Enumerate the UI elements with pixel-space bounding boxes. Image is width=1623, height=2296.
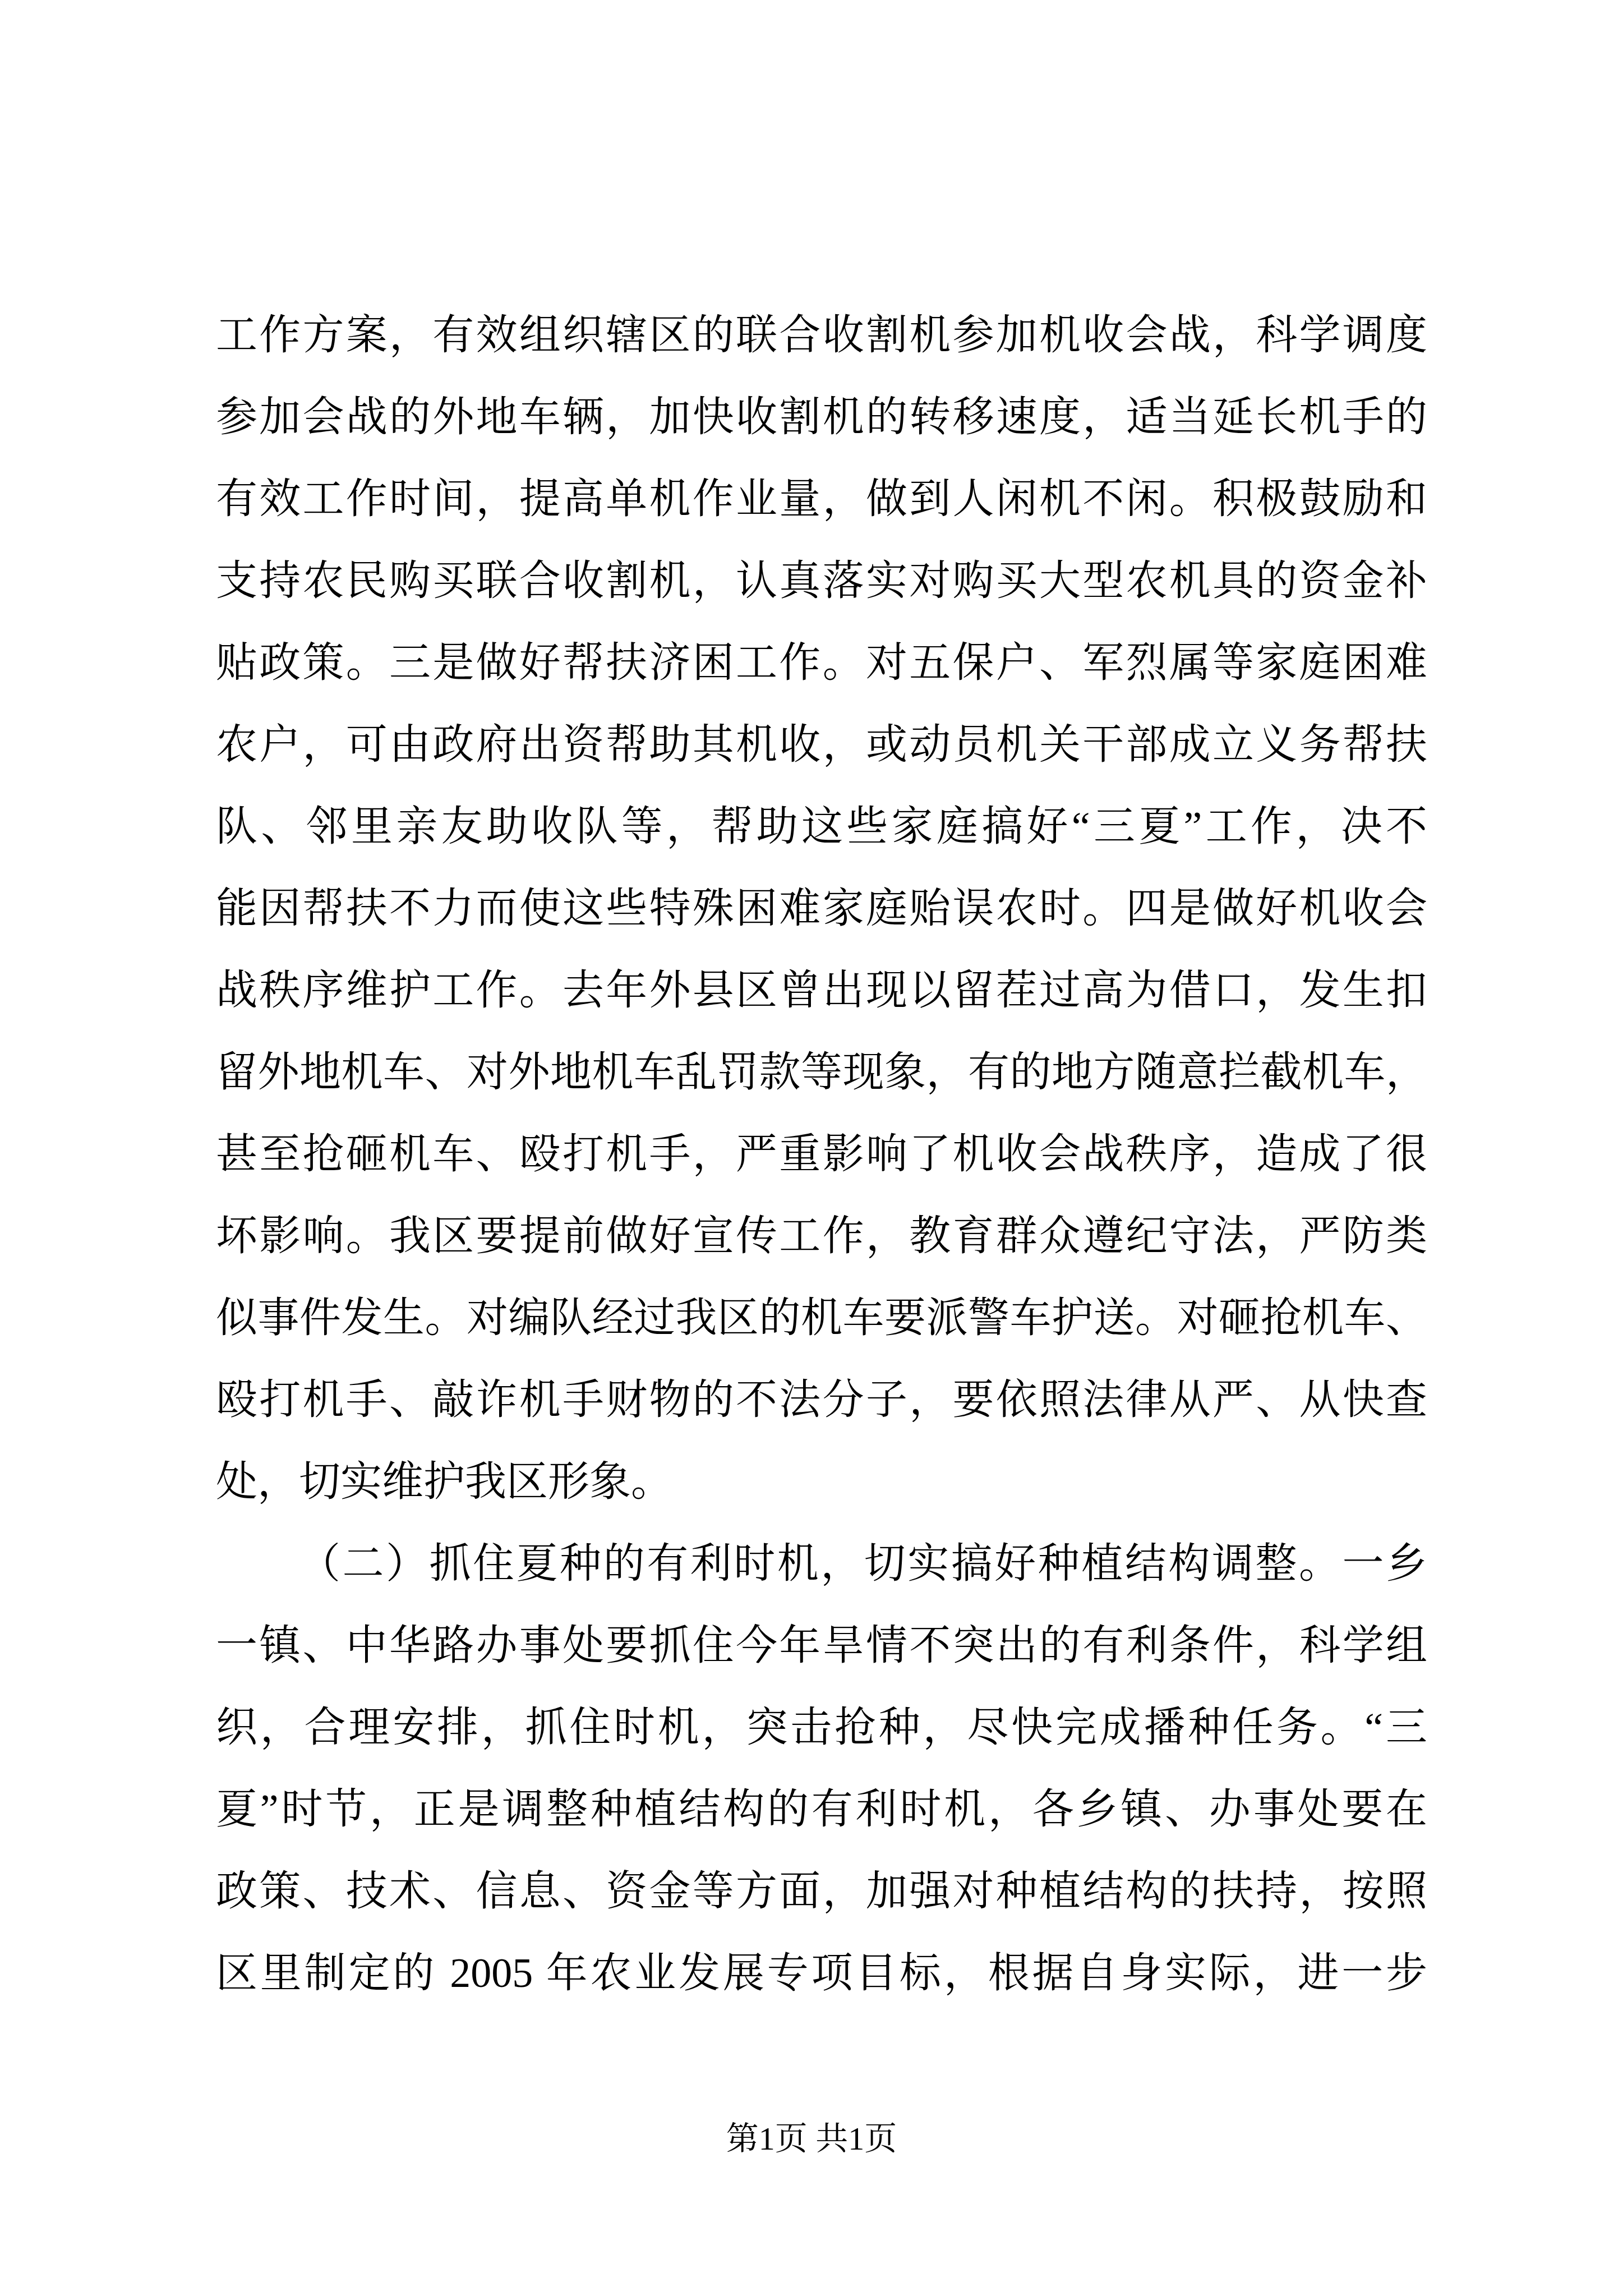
text-line: 支持农民购买联合收割机，认真落实对购买大型农机具的资金补 (216, 540, 1427, 622)
page-footer: 第1页 共1页 (0, 2119, 1623, 2159)
text-line: 队、邻里亲友助收队等，帮助这些家庭搞好“三夏”工作，决不 (216, 786, 1427, 868)
text-line: 农户，可由政府出资帮助其机收，或动员机关干部成立义务帮扶 (216, 704, 1427, 786)
text-line: 织，合理安排，抓住时机，突击抢种，尽快完成播种任务。“三 (216, 1687, 1427, 1769)
text-line: （二）抓住夏种的有利时机，切实搞好种植结构调整。一乡 (216, 1523, 1427, 1605)
text-line: 坏影响。我区要提前做好宣传工作，教育群众遵纪守法，严防类 (216, 1195, 1427, 1277)
text-line: 留外地机车、对外地机车乱罚款等现象，有的地方随意拦截机车， (216, 1032, 1427, 1114)
text-line: 一镇、中华路办事处要抓住今年旱情不突出的有利条件，科学组 (216, 1605, 1427, 1687)
text-line: 能因帮扶不力而使这些特殊困难家庭贻误农时。四是做好机收会 (216, 868, 1427, 950)
text-line: 区里制定的 2005 年农业发展专项目标，根据自身实际，进一步 (216, 1932, 1427, 2014)
text-line: 殴打机手、敲诈机手财物的不法分子，要依照法律从严、从快查 (216, 1359, 1427, 1441)
document-page: 工作方案，有效组织辖区的联合收割机参加机收会战，科学调度 参加会战的外地车辆，加… (0, 0, 1623, 2296)
text-line: 贴政策。三是做好帮扶济困工作。对五保户、军烈属等家庭困难 (216, 622, 1427, 704)
text-line: 夏”时节，正是调整种植结构的有利时机，各乡镇、办事处要在 (216, 1769, 1427, 1851)
text-line: 甚至抢砸机车、殴打机手，严重影响了机收会战秩序，造成了很 (216, 1114, 1427, 1195)
page-number-indicator: 第1页 共1页 (726, 2120, 897, 2157)
text-line: 有效工作时间，提高单机作业量，做到人闲机不闲。积极鼓励和 (216, 458, 1427, 540)
text-line: 政策、技术、信息、资金等方面，加强对种植结构的扶持，按照 (216, 1851, 1427, 1932)
text-line: 处，切实维护我区形象。 (216, 1441, 1427, 1523)
text-line: 参加会战的外地车辆，加快收割机的转移速度，适当延长机手的 (216, 376, 1427, 458)
text-line: 战秩序维护工作。去年外县区曾出现以留茬过高为借口，发生扣 (216, 950, 1427, 1032)
document-body: 工作方案，有效组织辖区的联合收割机参加机收会战，科学调度 参加会战的外地车辆，加… (216, 295, 1427, 2014)
text-line: 工作方案，有效组织辖区的联合收割机参加机收会战，科学调度 (216, 295, 1427, 376)
text-line: 似事件发生。对编队经过我区的机车要派警车护送。对砸抢机车、 (216, 1277, 1427, 1359)
